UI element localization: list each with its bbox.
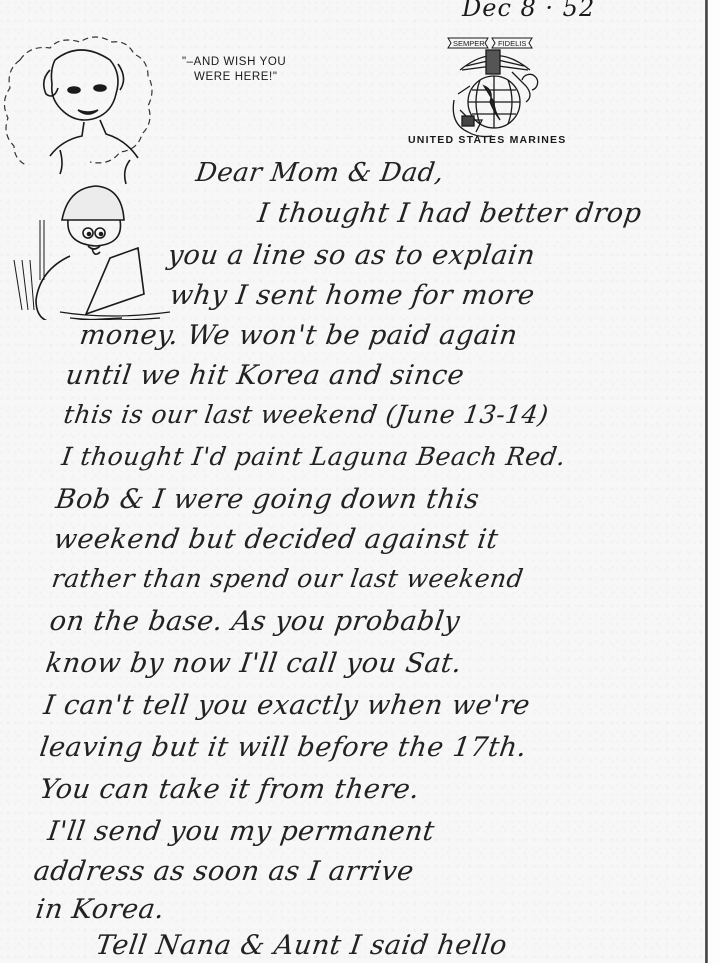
- letter-line: you a line so as to explain: [166, 240, 537, 271]
- letter-line: I can't tell you exactly when we're: [42, 690, 532, 721]
- letter-line: Tell Nana & Aunt I said hello: [94, 930, 509, 961]
- scan-margin: [708, 0, 720, 963]
- letter-line: weekend but decided against it: [52, 524, 501, 555]
- salutation: Dear Mom & Dad,: [194, 158, 446, 188]
- cartoon-illustration: [0, 20, 200, 320]
- letter-line: I thought I had better drop: [256, 198, 644, 229]
- cartoon-caption: "–AND WISH YOU WERE HERE!": [182, 55, 312, 85]
- letter-line: You can take it from there.: [38, 774, 422, 805]
- letter-line: this is our last weekend (June 13-14): [62, 400, 551, 429]
- letter-page: Dec 8 · 52 "–AND WISH YOU: [0, 0, 707, 963]
- letter-line: in Korea.: [34, 894, 167, 925]
- letter-line: I'll send you my permanent: [46, 816, 437, 847]
- caption-line-2: WERE HERE!": [182, 70, 312, 85]
- letter-line: leaving but it will before the 17th.: [38, 732, 529, 763]
- dream-cloud-icon: [4, 37, 152, 166]
- motto-semper: SEMPER: [453, 39, 485, 48]
- letter-line: until we hit Korea and since: [64, 360, 467, 391]
- caption-line-1: "–AND WISH YOU: [182, 56, 286, 68]
- letter-line: Bob & I were going down this: [54, 484, 482, 515]
- letter-line: rather than spend our last weekend: [50, 564, 525, 593]
- letter-line: money. We won't be paid again: [78, 320, 520, 351]
- letter-line: on the base. As you probably: [48, 606, 462, 637]
- letter-line: address as soon as I arrive: [32, 856, 416, 887]
- motto-fidelis: FIDELIS: [498, 39, 526, 48]
- eagle-globe-anchor-emblem-icon: SEMPER FIDELIS: [440, 34, 570, 144]
- letter-date: Dec 8 · 52: [462, 0, 595, 22]
- letter-line: why I sent home for more: [168, 280, 537, 311]
- letter-line: know by now I'll call you Sat.: [44, 648, 464, 679]
- letter-line: I thought I'd paint Laguna Beach Red.: [60, 442, 568, 471]
- organization-name: UNITED STATES MARINES: [408, 134, 578, 146]
- soldier-writing-icon: [14, 186, 170, 320]
- woman-face-icon: [44, 50, 138, 184]
